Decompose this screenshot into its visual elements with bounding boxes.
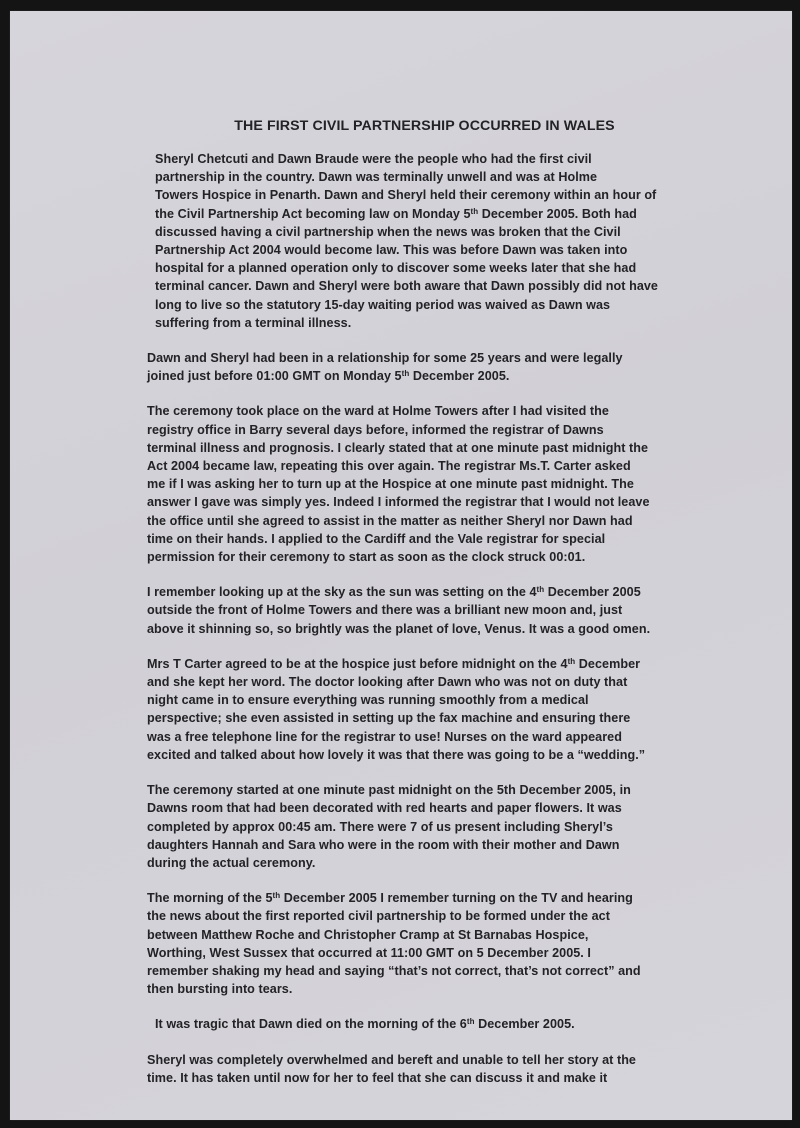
text-line: The ceremony started at one minute past …	[147, 781, 692, 799]
text-line: then bursting into tears.	[147, 980, 692, 998]
text-line: Act 2004 became law, repeating this over…	[147, 457, 692, 475]
text-line: outside the front of Holme Towers and th…	[147, 601, 692, 619]
text-line: me if I was asking her to turn up at the…	[147, 475, 692, 493]
text-line: above it shinning so, so brightly was th…	[147, 620, 692, 638]
text-line: the news about the first reported civil …	[147, 907, 692, 925]
text-line: suffering from a terminal illness.	[155, 314, 692, 332]
paragraph: Sheryl was completely overwhelmed and be…	[147, 1051, 692, 1087]
text-line: Mrs T Carter agreed to be at the hospice…	[147, 655, 692, 673]
text-line: The morning of the 5th December 2005 I r…	[147, 889, 692, 907]
document-body: THE FIRST CIVIL PARTNERSHIP OCCURRED IN …	[147, 116, 692, 1104]
paragraph: It was tragic that Dawn died on the morn…	[147, 1015, 692, 1033]
text-line: night came in to ensure everything was r…	[147, 691, 692, 709]
text-line: time on their hands. I applied to the Ca…	[147, 530, 692, 548]
text-line: daughters Hannah and Sara who were in th…	[147, 836, 692, 854]
text-line: I remember looking up at the sky as the …	[147, 583, 692, 601]
text-line: discussed having a civil partnership whe…	[155, 223, 692, 241]
text-line: excited and talked about how lovely it w…	[147, 746, 692, 764]
text-line: It was tragic that Dawn died on the morn…	[155, 1015, 692, 1033]
text-line: terminal illness and prognosis. I clearl…	[147, 439, 692, 457]
text-line: Sheryl Chetcuti and Dawn Braude were the…	[155, 150, 692, 168]
text-line: The ceremony took place on the ward at H…	[147, 402, 692, 420]
text-line: Worthing, West Sussex that occurred at 1…	[147, 944, 692, 962]
text-line: between Matthew Roche and Christopher Cr…	[147, 926, 692, 944]
text-line: completed by approx 00:45 am. There were…	[147, 818, 692, 836]
paragraph: The morning of the 5th December 2005 I r…	[147, 889, 692, 998]
text-line: the Civil Partnership Act becoming law o…	[155, 205, 692, 223]
text-line: partnership in the country. Dawn was ter…	[155, 168, 692, 186]
paragraph: Mrs T Carter agreed to be at the hospice…	[147, 655, 692, 764]
text-line: permission for their ceremony to start a…	[147, 548, 692, 566]
text-line: Sheryl was completely overwhelmed and be…	[147, 1051, 692, 1069]
text-line: answer I gave was simply yes. Indeed I i…	[147, 493, 692, 511]
text-line: Towers Hospice in Penarth. Dawn and Sher…	[155, 186, 692, 204]
paragraph: Sheryl Chetcuti and Dawn Braude were the…	[147, 150, 692, 332]
text-line: Dawns room that had been decorated with …	[147, 799, 692, 817]
text-line: registry office in Barry several days be…	[147, 421, 692, 439]
text-line: was a free telephone line for the regist…	[147, 728, 692, 746]
text-line: remember shaking my head and saying “tha…	[147, 962, 692, 980]
paragraph: I remember looking up at the sky as the …	[147, 583, 692, 638]
text-line: and she kept her word. The doctor lookin…	[147, 673, 692, 691]
text-line: during the actual ceremony.	[147, 854, 692, 872]
text-line: Partnership Act 2004 would become law. T…	[155, 241, 692, 259]
text-line: long to live so the statutory 15-day wai…	[155, 296, 692, 314]
text-line: time. It has taken until now for her to …	[147, 1069, 692, 1087]
paragraph: The ceremony started at one minute past …	[147, 781, 692, 872]
paragraph-list: Sheryl Chetcuti and Dawn Braude were the…	[147, 150, 692, 1087]
paragraph: The ceremony took place on the ward at H…	[147, 402, 692, 566]
text-line: the office until she agreed to assist in…	[147, 512, 692, 530]
text-line: perspective; she even assisted in settin…	[147, 709, 692, 727]
paragraph: Dawn and Sheryl had been in a relationsh…	[147, 349, 692, 385]
scanned-page: THE FIRST CIVIL PARTNERSHIP OCCURRED IN …	[10, 11, 792, 1120]
text-line: joined just before 01:00 GMT on Monday 5…	[147, 367, 692, 385]
text-line: terminal cancer. Dawn and Sheryl were bo…	[155, 277, 692, 295]
document-title: THE FIRST CIVIL PARTNERSHIP OCCURRED IN …	[147, 116, 692, 136]
text-line: Dawn and Sheryl had been in a relationsh…	[147, 349, 692, 367]
text-line: hospital for a planned operation only to…	[155, 259, 692, 277]
